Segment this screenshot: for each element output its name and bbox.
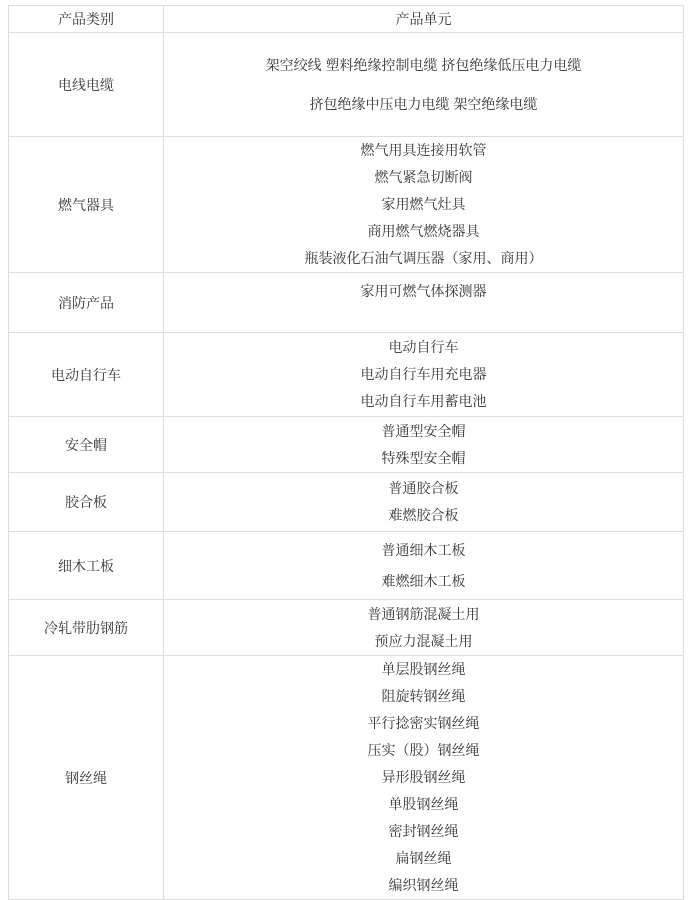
unit-cell: 燃气用具连接用软管燃气紧急切断阀家用燃气灶具商用燃气燃烧器具瓶装液化石油气调压器… [164, 137, 684, 273]
unit-line: 难燃细木工板 [164, 566, 683, 597]
unit-line: 普通胶合板 [164, 475, 683, 502]
unit-line: 瓶装液化石油气调压器（家用、商用） [164, 245, 683, 272]
category-cell: 钢丝绳 [9, 656, 164, 900]
unit-line: 难燃胶合板 [164, 502, 683, 529]
category-cell: 胶合板 [9, 473, 164, 532]
unit-line: 普通钢筋混凝土用 [164, 601, 683, 628]
unit-line: 家用可燃气体探测器 [164, 273, 683, 305]
unit-line: 异形股钢丝绳 [164, 764, 683, 791]
category-cell: 安全帽 [9, 417, 164, 473]
unit-line: 燃气紧急切断阀 [164, 164, 683, 191]
unit-line: 编织钢丝绳 [164, 872, 683, 899]
category-cell: 冷轧带肋钢筋 [9, 600, 164, 656]
unit-line: 电动自行车用蓄电池 [164, 388, 683, 415]
table-row: 冷轧带肋钢筋普通钢筋混凝土用预应力混凝土用 [9, 600, 684, 656]
unit-line: 阻旋转钢丝绳 [164, 683, 683, 710]
table-row: 消防产品家用可燃气体探测器 [9, 273, 684, 333]
table-row: 安全帽普通型安全帽特殊型安全帽 [9, 417, 684, 473]
unit-line: 架空绞线 塑料绝缘控制电缆 挤包绝缘低压电力电缆 [164, 46, 683, 85]
unit-line: 电动自行车用充电器 [164, 361, 683, 388]
unit-cell: 单层股钢丝绳阻旋转钢丝绳平行捻密实钢丝绳压实（股）钢丝绳异形股钢丝绳单股钢丝绳密… [164, 656, 684, 900]
product-table: 产品类别 产品单元 电线电缆架空绞线 塑料绝缘控制电缆 挤包绝缘低压电力电缆挤包… [8, 5, 684, 900]
header-product-category: 产品类别 [9, 6, 164, 33]
unit-line: 平行捻密实钢丝绳 [164, 710, 683, 737]
unit-line: 普通型安全帽 [164, 418, 683, 445]
unit-line: 单层股钢丝绳 [164, 656, 683, 683]
header-row: 产品类别 产品单元 [9, 6, 684, 33]
unit-cell: 普通钢筋混凝土用预应力混凝土用 [164, 600, 684, 656]
table-row: 细木工板普通细木工板难燃细木工板 [9, 532, 684, 600]
table-row: 胶合板普通胶合板难燃胶合板 [9, 473, 684, 532]
unit-line: 电动自行车 [164, 334, 683, 361]
category-cell: 燃气器具 [9, 137, 164, 273]
category-cell: 电线电缆 [9, 33, 164, 137]
unit-line: 压实（股）钢丝绳 [164, 737, 683, 764]
category-cell: 电动自行车 [9, 333, 164, 417]
unit-cell: 普通细木工板难燃细木工板 [164, 532, 684, 600]
table-row: 钢丝绳单层股钢丝绳阻旋转钢丝绳平行捻密实钢丝绳压实（股）钢丝绳异形股钢丝绳单股钢… [9, 656, 684, 900]
unit-cell: 电动自行车电动自行车用充电器电动自行车用蓄电池 [164, 333, 684, 417]
unit-line: 特殊型安全帽 [164, 445, 683, 472]
table-row: 电动自行车电动自行车电动自行车用充电器电动自行车用蓄电池 [9, 333, 684, 417]
unit-line: 燃气用具连接用软管 [164, 137, 683, 164]
table-row: 燃气器具燃气用具连接用软管燃气紧急切断阀家用燃气灶具商用燃气燃烧器具瓶装液化石油… [9, 137, 684, 273]
category-cell: 消防产品 [9, 273, 164, 333]
unit-cell: 普通型安全帽特殊型安全帽 [164, 417, 684, 473]
unit-cell: 家用可燃气体探测器 [164, 273, 684, 333]
unit-line: 密封钢丝绳 [164, 818, 683, 845]
unit-line: 家用燃气灶具 [164, 191, 683, 218]
category-cell: 细木工板 [9, 532, 164, 600]
unit-line: 挤包绝缘中压电力电缆 架空绝缘电缆 [164, 85, 683, 124]
unit-cell: 架空绞线 塑料绝缘控制电缆 挤包绝缘低压电力电缆挤包绝缘中压电力电缆 架空绝缘电… [164, 33, 684, 137]
unit-line: 预应力混凝土用 [164, 628, 683, 655]
table-row: 电线电缆架空绞线 塑料绝缘控制电缆 挤包绝缘低压电力电缆挤包绝缘中压电力电缆 架… [9, 33, 684, 137]
unit-line: 扁钢丝绳 [164, 845, 683, 872]
unit-line: 普通细木工板 [164, 535, 683, 566]
unit-cell: 普通胶合板难燃胶合板 [164, 473, 684, 532]
header-product-unit: 产品单元 [164, 6, 684, 33]
unit-line: 商用燃气燃烧器具 [164, 218, 683, 245]
unit-line: 单股钢丝绳 [164, 791, 683, 818]
